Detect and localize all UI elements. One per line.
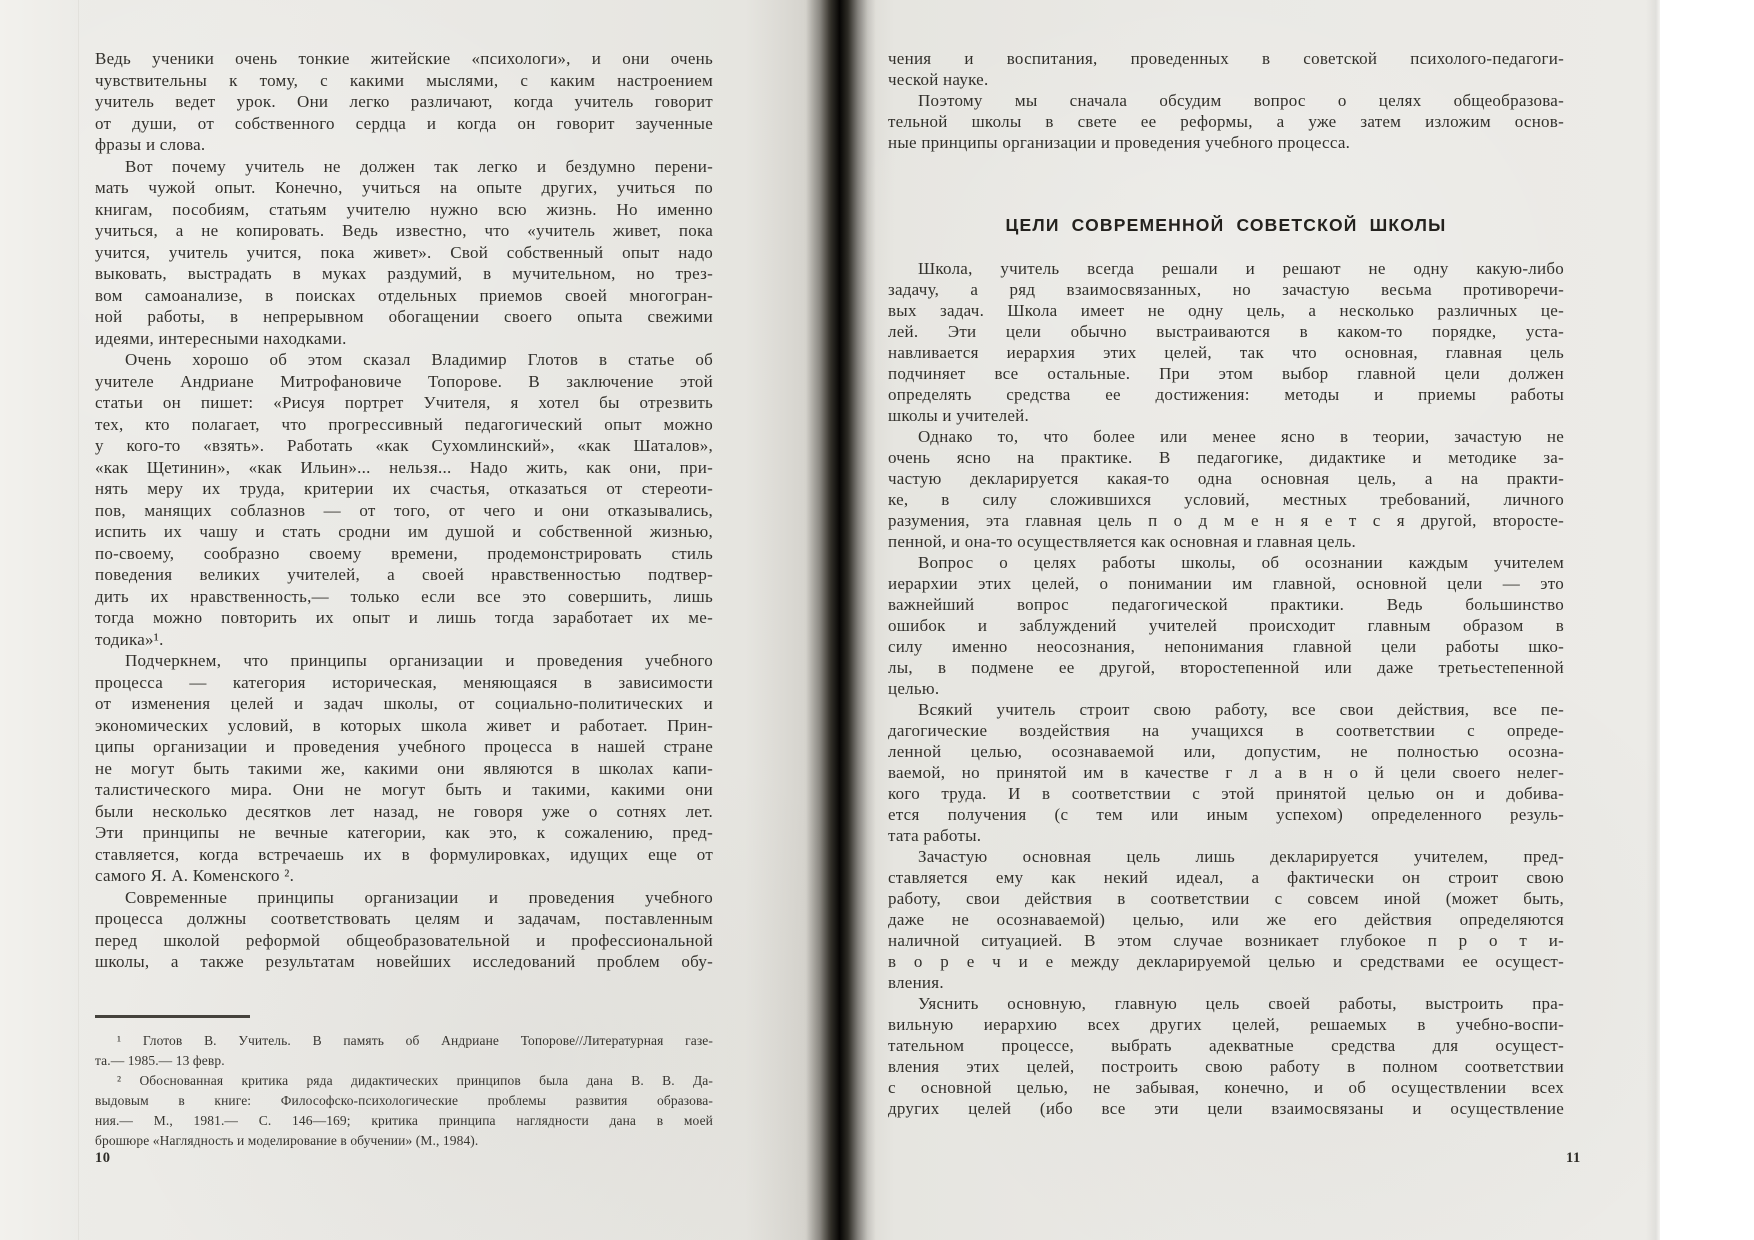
text-line: вом самоанализе, в поисках отдельных при…: [95, 285, 713, 307]
text-line: мать чужой опыт. Конечно, учиться на опы…: [95, 177, 713, 199]
text-line: ставляется, когда встречаешь их в формул…: [95, 844, 713, 866]
text-line: ваемой, но принятой им в качестве г л а …: [888, 762, 1564, 783]
text-line: школы и учителей.: [888, 405, 1564, 426]
text-line: дить их нравственность,— только если все…: [95, 586, 713, 608]
text-line: навливается иерархия этих целей, так что…: [888, 342, 1564, 363]
text-line: Уяснить основную, главную цель своей раб…: [888, 993, 1564, 1014]
text-line: процесса должны соответствовать целям и …: [95, 908, 713, 930]
text-line: задачу, а ряд взаимосвязанных, но зачаст…: [888, 279, 1564, 300]
text-line: ципы организации и проведения учебного п…: [95, 736, 713, 758]
text-line: идеями, интересными находками.: [95, 328, 713, 350]
text-line: целью.: [888, 678, 1564, 699]
footnote-line: брошюре «Наглядность и моделирование в о…: [95, 1131, 713, 1151]
text-line: Однако то, что более или менее ясно в те…: [888, 426, 1564, 447]
text-line: Школа, учитель всегда решали и решают не…: [888, 258, 1564, 279]
text-line: Ведь ученики очень тонкие житейские «пси…: [95, 48, 713, 70]
left-page-paragraphs: Ведь ученики очень тонкие житейские «пси…: [95, 48, 713, 973]
text-line: не могут быть такими же, какими они явля…: [95, 758, 713, 780]
left-page-footnotes: ¹ Глотов В. Учитель. В память об Андриан…: [95, 1031, 713, 1151]
footnote-line: ² Обоснованная критика ряда дидактически…: [95, 1071, 713, 1091]
text-line: поведения великих учителей, а своей нрав…: [95, 564, 713, 586]
text-line: лы, в подмене ее другой, второстепенной …: [888, 657, 1564, 678]
text-line: Вот почему учитель не должен так легко и…: [95, 156, 713, 178]
footnote-line: та.— 1985.— 13 февр.: [95, 1051, 713, 1071]
text-line: тельной школы в свете ее реформы, а уже …: [888, 111, 1564, 132]
right-page-text: чения и воспитания, проведенных в советс…: [888, 48, 1564, 1119]
text-line: пов, манящих соблазнов — от того, от чег…: [95, 500, 713, 522]
text-line: ные принципы организации и проведения уч…: [888, 132, 1564, 153]
text-line: «как Щетинин», «как Ильин»... нельзя... …: [95, 457, 713, 479]
text-line: были несколько десятков лет назад, не го…: [95, 801, 713, 823]
text-line: дагогические воздействия на учащихся в с…: [888, 720, 1564, 741]
text-line: ческой науке.: [888, 69, 1564, 90]
text-line: разумения, эта главная цель п о д м е н …: [888, 510, 1564, 531]
text-line: талистического мира. Они не могут быть и…: [95, 779, 713, 801]
text-line: выковать, выстрадать в муках раздумий, в…: [95, 263, 713, 285]
right-page-paragraphs-main: Школа, учитель всегда решали и решают не…: [888, 258, 1564, 1119]
text-line: Современные принципы организации и прове…: [95, 887, 713, 909]
text-line: очень ясно на практике. В педагогике, ди…: [888, 447, 1564, 468]
footnote-line: выдовым в книге: Философско-психологичес…: [95, 1091, 713, 1111]
text-line: ке, в силу сложившихся условий, местных …: [888, 489, 1564, 510]
text-line: Поэтому мы сначала обсудим вопрос о целя…: [888, 90, 1564, 111]
section-heading: ЦЕЛИ СОВРЕМЕННОЙ СОВЕТСКОЙ ШКОЛЫ: [888, 213, 1564, 237]
text-line: экономических условий, в которых школа ж…: [95, 715, 713, 737]
text-line: пенной, и она-то осуществляется как осно…: [888, 531, 1564, 552]
page-number-left: 10: [95, 1150, 111, 1167]
text-line: учится, учитель учится, пока живет». Сво…: [95, 242, 713, 264]
book-gutter-shadow: [806, 0, 876, 1240]
text-line: фразы и слова.: [95, 134, 713, 156]
text-line: вления.: [888, 972, 1564, 993]
text-line: ставляется ему как некий идеал, а фактич…: [888, 867, 1564, 888]
text-line: Эти принципы не вечные категории, как эт…: [95, 822, 713, 844]
right-page-paragraphs-top: чения и воспитания, проведенных в советс…: [888, 48, 1564, 153]
text-line: с основной целью, не забывая, конечно, и…: [888, 1077, 1564, 1098]
text-line: тогда можно повторить их опыт и лишь тог…: [95, 607, 713, 629]
text-line: кого труда. И в соответствии с этой прин…: [888, 783, 1564, 804]
text-line: от души, от собственного сердца и когда …: [95, 113, 713, 135]
page-number-right: 11: [1566, 1150, 1581, 1167]
text-line: тодика»¹.: [95, 629, 713, 651]
text-line: перед школой реформой общеобразовательно…: [95, 930, 713, 952]
text-line: по-своему, сообразно своему времени, про…: [95, 543, 713, 565]
text-line: учитель ведет урок. Они легко различают,…: [95, 91, 713, 113]
text-line: процесса — категория историческая, меняю…: [95, 672, 713, 694]
text-line: Вопрос о целях работы школы, об осознани…: [888, 552, 1564, 573]
text-line: у кого-то «взять». Работать «как Сухомли…: [95, 435, 713, 457]
text-line: работу, свои действия в соответствии с с…: [888, 888, 1564, 909]
footnote-rule: [95, 1015, 250, 1018]
text-line: Зачастую основная цель лишь декларируетс…: [888, 846, 1564, 867]
text-line: вых задач. Школа имеет не одну цель, а н…: [888, 300, 1564, 321]
book-scan: Ведь ученики очень тонкие житейские «пси…: [0, 0, 1754, 1240]
text-line: чения и воспитания, проведенных в советс…: [888, 48, 1564, 69]
footnote-line: ния.— М., 1981.— С. 146—169; критика при…: [95, 1111, 713, 1131]
text-line: важнейший вопрос педагогической практики…: [888, 594, 1564, 615]
text-line: подчиняет все остальные. При этом выбор …: [888, 363, 1564, 384]
text-line: ной работы, в непрерывном обогащении сво…: [95, 306, 713, 328]
text-line: тата работы.: [888, 825, 1564, 846]
text-line: чувствительны к тому, с какими мыслями, …: [95, 70, 713, 92]
text-line: наличной ситуацией. В этом случае возник…: [888, 930, 1564, 951]
text-line: вления этих целей, построить свою работу…: [888, 1056, 1564, 1077]
text-line: Всякий учитель строит свою работу, все с…: [888, 699, 1564, 720]
text-line: статьи он пишет: «Рисуя портрет Учителя,…: [95, 392, 713, 414]
text-line: тательном процессе, выбрать адекватные с…: [888, 1035, 1564, 1056]
text-line: даже не осознаваемой) целью, или же его …: [888, 909, 1564, 930]
text-line: в о р е ч и е между декларируемой целью …: [888, 951, 1564, 972]
text-line: школы, а также результатам новейших иссл…: [95, 951, 713, 973]
text-line: вильную иерархию всех других целей, реша…: [888, 1014, 1564, 1035]
text-line: учиться, а не копировать. Ведь известно,…: [95, 220, 713, 242]
text-line: частую декларируется какая-то одна основ…: [888, 468, 1564, 489]
page-edge-strip: [0, 0, 79, 1240]
text-line: Очень хорошо об этом сказал Владимир Гло…: [95, 349, 713, 371]
text-line: ленной целью, осознаваемой или, допустим…: [888, 741, 1564, 762]
text-line: ется получения (с тем или иным успехом) …: [888, 804, 1564, 825]
text-line: других целей (ибо все эти цели взаимосвя…: [888, 1098, 1564, 1119]
text-line: Подчеркнем, что принципы организации и п…: [95, 650, 713, 672]
text-line: от изменения целей и задач школы, от соц…: [95, 693, 713, 715]
text-line: нять меру их труда, критерии их счастья,…: [95, 478, 713, 500]
left-page-text: Ведь ученики очень тонкие житейские «пси…: [95, 48, 713, 1151]
text-line: иерархии этих целей, о понимании им глав…: [888, 573, 1564, 594]
text-line: самого Я. А. Коменского ².: [95, 865, 713, 887]
text-line: лей. Эти цели обычно выстраиваются в как…: [888, 321, 1564, 342]
text-line: испить их чашу и стать сродни им душой и…: [95, 521, 713, 543]
footnote-line: ¹ Глотов В. Учитель. В память об Андриан…: [95, 1031, 713, 1051]
text-line: учителе Андриане Митрофановиче Топорове.…: [95, 371, 713, 393]
text-line: книгам, пособиям, статьям учителю нужно …: [95, 199, 713, 221]
text-line: определять средства ее достижения: метод…: [888, 384, 1564, 405]
text-line: тех, кто полагает, что прогрессивный пед…: [95, 414, 713, 436]
text-line: силу именно неосознания, непонимания гла…: [888, 636, 1564, 657]
text-line: ошибок и заблуждений учителей происходит…: [888, 615, 1564, 636]
